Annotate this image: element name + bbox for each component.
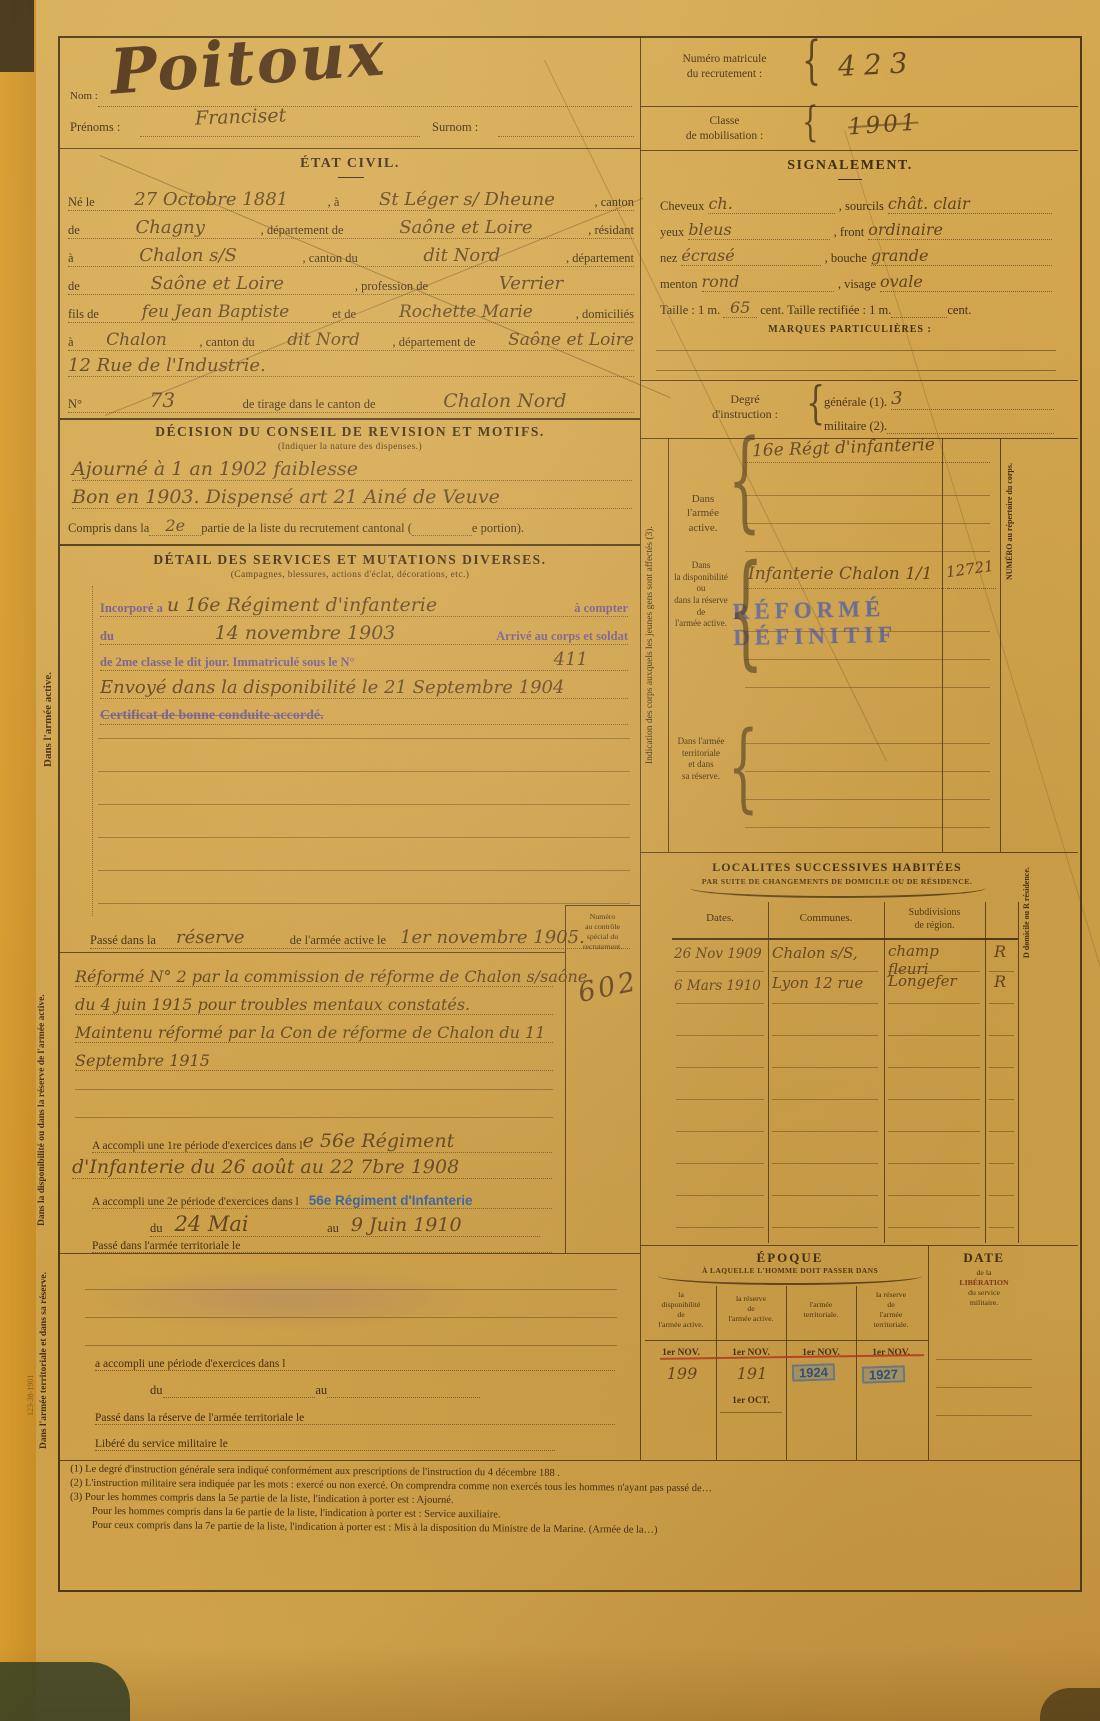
incorporation-line: Incorporé a u 16e Régiment d'infanterie … xyxy=(100,590,628,617)
table-row-rules xyxy=(888,940,980,1230)
tirage-number-value: 73 xyxy=(150,388,175,412)
nom-label: Nom : xyxy=(70,90,98,102)
residence-line: à Chalon s/S , canton du dit Nord , dépa… xyxy=(68,242,634,267)
label: , canton xyxy=(594,195,634,210)
column-border xyxy=(768,902,769,1243)
epoque-year-cell: 191 xyxy=(722,1364,782,1383)
column-border xyxy=(856,1286,857,1460)
profession-value: Verrier xyxy=(499,273,563,294)
sourcils-value: chât. clair xyxy=(888,194,1052,214)
label: Passé dans l'armée territoriale le xyxy=(92,1240,240,1252)
reforme-line-2: du 4 juin 1915 pour troubles mentaux con… xyxy=(75,990,553,1015)
departement-value: Saône et Loire xyxy=(399,217,532,238)
label: Passé dans la réserve de l'armée territo… xyxy=(95,1412,304,1424)
divider xyxy=(60,544,640,546)
territoriale-label: Dans l'arméeterritoriale et danssa réser… xyxy=(670,736,732,783)
residence-departement-value: Saône et Loire xyxy=(151,273,284,294)
label: e portion). xyxy=(472,521,524,536)
taille-value: 65 xyxy=(723,298,757,318)
libere-service-line: Libéré du service militaire le xyxy=(95,1432,555,1451)
epoque-year-cell: 199 xyxy=(652,1364,712,1383)
side-label-territoriale: Dans l'armée territoriale et dans sa rés… xyxy=(38,1268,66,1453)
column-border xyxy=(565,905,566,1253)
blank-ruled-lines xyxy=(745,716,990,832)
canton-line: de Chagny , département de Saône et Loir… xyxy=(68,214,634,239)
footnotes-block: (1) Le degré d'instruction générale sera… xyxy=(70,1464,1071,1540)
prenoms-label: Prénoms : xyxy=(70,120,120,135)
nez-row: nez écrasé , bouche grande xyxy=(660,244,1056,266)
reforme-line-3: Maintenu réformé par la Con de réforme d… xyxy=(75,1018,553,1043)
side-label-indication-corps: Indication des corps auxquels les jeunes… xyxy=(645,445,666,845)
label: , sourcils xyxy=(839,199,884,214)
menton-row: menton rond , visage ovale xyxy=(660,270,1056,292)
column-border xyxy=(716,1286,717,1460)
label: militaire (2). xyxy=(824,419,887,434)
reserve-date-value: 1er novembre 1905. xyxy=(400,927,585,948)
birth-place-value: St Léger s/ Dheune xyxy=(379,189,555,210)
side-label-domicile-residence: D domicile ou R résidence. xyxy=(1022,858,1044,968)
divider xyxy=(640,380,1078,381)
epoque-col2-head: la réservedel'armée active. xyxy=(718,1294,784,1324)
matricule-corps-value: 411 xyxy=(554,649,588,670)
reforme-text: Réformé N° 2 par la commission de réform… xyxy=(75,967,587,986)
tirage-canton-value: Chalon Nord xyxy=(443,390,566,412)
label: , à xyxy=(328,195,340,210)
blank-ruled-lines xyxy=(75,1062,553,1118)
label: de xyxy=(68,279,80,294)
divider xyxy=(60,1460,1080,1461)
label: , bouche xyxy=(825,251,867,266)
label: de tirage dans le canton de xyxy=(243,397,376,412)
label: , canton du xyxy=(199,335,254,350)
localites-subtitle: PAR SUITE DE CHANGEMENTS DE DOMICILE OU … xyxy=(672,877,1002,886)
label: , profession de xyxy=(355,279,428,294)
periode-2-start-value: 24 Mai xyxy=(175,1212,249,1236)
domicile-departement-value: Saône et Loire xyxy=(508,330,634,350)
front-value: ordinaire xyxy=(868,220,1052,240)
menton-value: rond xyxy=(702,272,834,292)
epoque-year-stamp: 1927 xyxy=(862,1365,905,1383)
divider xyxy=(60,952,565,953)
periode-1-line: A accompli une 1re période d'exercices d… xyxy=(92,1126,552,1153)
left-margin-edge xyxy=(0,0,36,1721)
birth-line: Né le 27 Octobre 1881 , à St Léger s/ Dh… xyxy=(68,186,634,211)
column-border xyxy=(985,902,986,1243)
armee-active-label: Dansl'armée active. xyxy=(674,492,732,535)
label: Né le xyxy=(68,195,95,210)
decision-title: DÉCISION DU CONSEIL DE REVISION ET MOTIF… xyxy=(100,424,600,440)
col-subdivisions-label: Subdivisionsde région. xyxy=(884,906,985,932)
date-liberation-sub: de laLIBÉRATION du servicemilitaire. xyxy=(936,1268,1032,1309)
title-dash xyxy=(838,179,862,180)
column-border xyxy=(884,902,885,1243)
tirage-line: N° 73 de tirage dans le canton de Chalon… xyxy=(68,386,634,413)
epoque-subtitle: À LAQUELLE L'HOMME DOIT PASSER DANS xyxy=(648,1266,932,1275)
classe-value: 1901 xyxy=(847,110,919,141)
passe-reserve-line: Passé dans la réserve de l'armée active … xyxy=(90,922,630,949)
stamp-text: Arrivé au corps et soldat xyxy=(496,629,628,644)
bouche-value: grande xyxy=(871,246,1052,266)
incorporation-date-line: du 14 novembre 1903 Arrivé au corps et s… xyxy=(100,618,628,645)
brace: { xyxy=(728,419,761,545)
rule xyxy=(498,136,634,137)
periode-2-line: A accompli une 2e période d'exercices da… xyxy=(92,1184,552,1209)
printer-imprint: 123-38-1901 xyxy=(26,1330,38,1460)
label: générale (1). xyxy=(824,395,887,410)
epoque-col3-head: l'arméeterritoriale. xyxy=(788,1300,854,1320)
father-name-value: feu Jean Baptiste xyxy=(142,302,289,322)
label: , département xyxy=(566,251,634,266)
reserve-value: réserve xyxy=(176,927,245,948)
rule xyxy=(140,136,420,137)
label: yeux xyxy=(660,225,684,240)
divider xyxy=(640,1245,1078,1246)
passe-territoriale-line: Passé dans l'armée territoriale le xyxy=(92,1236,552,1253)
label: , domiciliés xyxy=(576,307,634,322)
visage-value: ovale xyxy=(880,272,1052,292)
blank-ruled-lines xyxy=(745,468,990,554)
label: de xyxy=(68,223,80,238)
prenoms-value: Franciset xyxy=(195,104,287,129)
rule xyxy=(656,370,1056,371)
degre-label: Degréd'instruction : xyxy=(690,392,800,422)
reforme-text: du 4 juin 1915 pour troubles mentaux con… xyxy=(75,995,470,1014)
column-border xyxy=(668,438,669,852)
label: nez xyxy=(660,251,677,266)
label: N° xyxy=(68,397,82,412)
parents-line: fils de feu Jean Baptiste et de Rochette… xyxy=(68,298,634,323)
label: fils de xyxy=(68,307,99,322)
blank-ruled-lines xyxy=(85,1262,617,1348)
stamp-text: du xyxy=(100,629,114,644)
label: à xyxy=(68,335,74,350)
rule xyxy=(98,106,632,107)
disponibilite-value: Envoyé dans la disponibilité le 21 Septe… xyxy=(100,677,564,698)
rule xyxy=(656,350,1056,351)
degre-generale-row: générale (1). 3 xyxy=(824,390,1054,410)
brace: { xyxy=(802,32,821,92)
bottom-band xyxy=(0,1645,1100,1721)
territoriale-du-au-line: du au xyxy=(150,1380,480,1398)
brace: { xyxy=(802,99,819,147)
label: Cheveux xyxy=(660,199,704,214)
profession-line: de Saône et Loire , profession de Verrie… xyxy=(68,270,634,295)
label: menton xyxy=(660,277,698,292)
rule xyxy=(948,588,996,589)
numero-controle-label: Numéroau contrôle spécial durecrutement. xyxy=(567,912,638,953)
label: , visage xyxy=(838,277,876,292)
label: au xyxy=(327,1221,339,1236)
label: a accompli une période d'exercices dans … xyxy=(95,1358,285,1370)
etat-civil-title: ÉTAT CIVIL. xyxy=(200,156,500,172)
epoque-title: ÉPOQUE xyxy=(660,1250,920,1266)
dashed-box-edge xyxy=(92,586,93,916)
surnom-label: Surnom : xyxy=(432,120,478,135)
label: A accompli une 2e période d'exercices da… xyxy=(92,1196,299,1208)
brace: { xyxy=(806,377,825,430)
stamp-text: Incorporé a xyxy=(100,601,163,616)
label: Taille : 1 m. xyxy=(660,303,720,318)
label: , département de xyxy=(261,223,344,238)
domicile-value: Chalon xyxy=(106,330,167,350)
label: cent. xyxy=(947,303,971,318)
side-label-disponibilite: Dans la disponibilité ou dans la réserve… xyxy=(36,985,66,1235)
blank-ruled-lines xyxy=(745,604,990,690)
domicile-canton-value: dit Nord xyxy=(287,330,360,350)
column-border xyxy=(786,1286,787,1460)
matricule-corps-line: de 2me classe le dit jour. Immatriculé s… xyxy=(100,646,628,671)
divider xyxy=(60,1253,640,1254)
table-row-rules xyxy=(772,940,878,1230)
divider xyxy=(640,852,1078,853)
label: Libéré du service militaire le xyxy=(95,1438,228,1450)
signalement-title: SIGNALEMENT. xyxy=(700,158,1000,174)
label: Compris dans la xyxy=(68,521,149,536)
decision-subtitle: (Indiquer la nature des dispenses.) xyxy=(100,442,600,452)
decision-1902-value: Ajourné à 1 an 1902 faiblesse xyxy=(72,458,358,480)
rule xyxy=(645,1340,928,1341)
divider xyxy=(60,148,640,149)
label: , front xyxy=(834,225,865,240)
divider xyxy=(640,150,1078,151)
residence-canton-value: dit Nord xyxy=(423,245,500,266)
title-dash xyxy=(338,177,364,178)
degre-militaire-row: militaire (2). xyxy=(824,414,1054,434)
matricule-label: Numéro matriculedu recrutement : xyxy=(652,52,797,82)
periode-1-regiment-value: e 56e Régiment xyxy=(303,1130,455,1152)
col-communes-label: Communes. xyxy=(768,912,884,924)
liste-partie-value: 2e xyxy=(149,516,201,536)
top-left-dark-corner xyxy=(0,0,34,72)
divider xyxy=(60,418,640,420)
territoriale-periode-line: a accompli une période d'exercices dans … xyxy=(95,1352,615,1371)
table-row-rules xyxy=(676,940,764,1230)
domicile-line: à Chalon , canton du dit Nord , départem… xyxy=(68,326,634,351)
bottom-left-dark-corner xyxy=(0,1662,130,1721)
canton-value: Chagny xyxy=(136,217,205,238)
label: Passé dans la xyxy=(90,933,156,948)
regiment-value: u 16e Régiment d'infanterie xyxy=(167,594,437,616)
decision-line-2: Bon en 1903. Dispensé art 21 Ainé de Veu… xyxy=(72,482,632,509)
label: , résidant xyxy=(588,223,634,238)
label: du xyxy=(150,1383,163,1398)
decision-1903-value: Bon en 1903. Dispensé art 21 Ainé de Veu… xyxy=(72,486,500,508)
scanned-military-record-sheet: Poitoux Nom : Prénoms : Franciset Surnom… xyxy=(0,0,1100,1721)
yeux-value: bleus xyxy=(688,220,829,240)
incorporation-date-value: 14 novembre 1903 xyxy=(215,622,396,644)
label: de l'armée active le xyxy=(290,933,386,948)
periode-1-dates-line: d'Infanterie du 26 août au 22 7bre 1908 xyxy=(72,1152,552,1179)
label: , département de xyxy=(393,335,476,350)
classe-label: Classede mobilisation : xyxy=(652,114,797,144)
label: au xyxy=(315,1383,327,1398)
periode-1-dates-value: d'Infanterie du 26 août au 22 7bre 1908 xyxy=(72,1156,459,1178)
label: et de xyxy=(332,307,356,322)
disponibilite-line: Envoyé dans la disponibilité le 21 Septe… xyxy=(100,672,628,699)
col-dates-label: Dates. xyxy=(672,912,768,924)
side-label-armee-active: Dans l'armée active. xyxy=(42,620,60,820)
services-subtitle: (Campagnes, blessures, actions d'éclat, … xyxy=(90,570,610,580)
periode-2-end-value: 9 Juin 1910 xyxy=(351,1214,462,1236)
reforme-line-1: Réformé N° 2 par la commission de réform… xyxy=(75,962,553,987)
birth-date-value: 27 Octobre 1881 xyxy=(134,189,288,210)
compris-line: Compris dans la 2e partie de la liste du… xyxy=(68,514,634,536)
side-label-numero-repertoire: NUMÉRO au répertoire du corps. xyxy=(1004,442,1026,602)
column-border xyxy=(1018,902,1019,1243)
yeux-row: yeux bleus , front ordinaire xyxy=(660,218,1056,240)
nez-value: écrasé xyxy=(681,246,820,266)
matricule-value: 423 xyxy=(837,46,916,83)
mother-name-value: Rochette Marie xyxy=(399,302,533,322)
date-liberation-title: DATE xyxy=(936,1250,1032,1266)
passe-reserve-territoriale-line: Passé dans la réserve de l'armée territo… xyxy=(95,1406,615,1425)
localites-title: LOCALITES SUCCESSIVES HABITÉES xyxy=(672,860,1002,875)
disponibilite-label: Dansla disponibilité oudans la réserve d… xyxy=(670,560,732,630)
cheveux-row: Cheveux ch. , sourcils chât. clair xyxy=(660,192,1056,214)
main-column-divider xyxy=(640,36,641,1460)
epoque-col1-head: ladisponibilité del'armée active. xyxy=(648,1290,714,1331)
cheveux-value: ch. xyxy=(708,194,834,214)
divider xyxy=(640,106,1078,107)
degre-generale-value: 3 xyxy=(891,388,1054,410)
affectation-value: Infanterie Chalon 1/1 xyxy=(748,564,932,584)
rule xyxy=(745,462,990,463)
decision-line-1: Ajourné à 1 an 1902 faiblesse xyxy=(72,454,632,481)
taille-row: Taille : 1 m. 65 cent. Taille rectifiée … xyxy=(660,296,1060,318)
label: cent. Taille rectifiée : 1 m. xyxy=(760,303,891,318)
table-row-rules xyxy=(989,940,1014,1230)
street-value: 12 Rue de l'Industrie. xyxy=(68,355,266,376)
epoque-col4-head: la réservede l'arméeterritoriale. xyxy=(858,1290,924,1331)
reforme-text: Maintenu réformé par la Con de réforme d… xyxy=(75,1023,545,1042)
street-line: 12 Rue de l'Industrie. xyxy=(68,352,634,377)
regiment-stamp-blue: 56e Régiment d'Infanterie xyxy=(309,1193,473,1208)
residence-value: Chalon s/S xyxy=(139,245,237,266)
label: , canton du xyxy=(303,251,358,266)
epoque-year-stamp: 1924 xyxy=(792,1363,835,1381)
column-top xyxy=(565,905,640,906)
epoque-oct-cell: 1er OCT. xyxy=(718,1396,784,1406)
services-title: DÉTAIL DES SERVICES ET MUTATIONS DIVERSE… xyxy=(90,552,610,568)
blank-ruled-lines xyxy=(936,1332,1032,1432)
label: partie de la liste du recrutement canton… xyxy=(201,521,412,536)
stamp-text: de 2me classe le dit jour. Immatriculé s… xyxy=(100,655,355,670)
label: du xyxy=(150,1221,163,1236)
marques-label: MARQUES PARTICULIÈRES : xyxy=(700,324,1000,335)
label: A accompli une 1re période d'exercices d… xyxy=(92,1140,303,1152)
rule xyxy=(720,1412,782,1413)
stamp-text: à compter xyxy=(574,601,628,616)
label: à xyxy=(68,251,74,266)
brace: { xyxy=(728,541,764,684)
blank-ruled-lines xyxy=(98,706,630,906)
periode-2-dates-line: du 24 Mai au 9 Juin 1910 xyxy=(150,1208,540,1237)
column-border xyxy=(928,1245,929,1460)
